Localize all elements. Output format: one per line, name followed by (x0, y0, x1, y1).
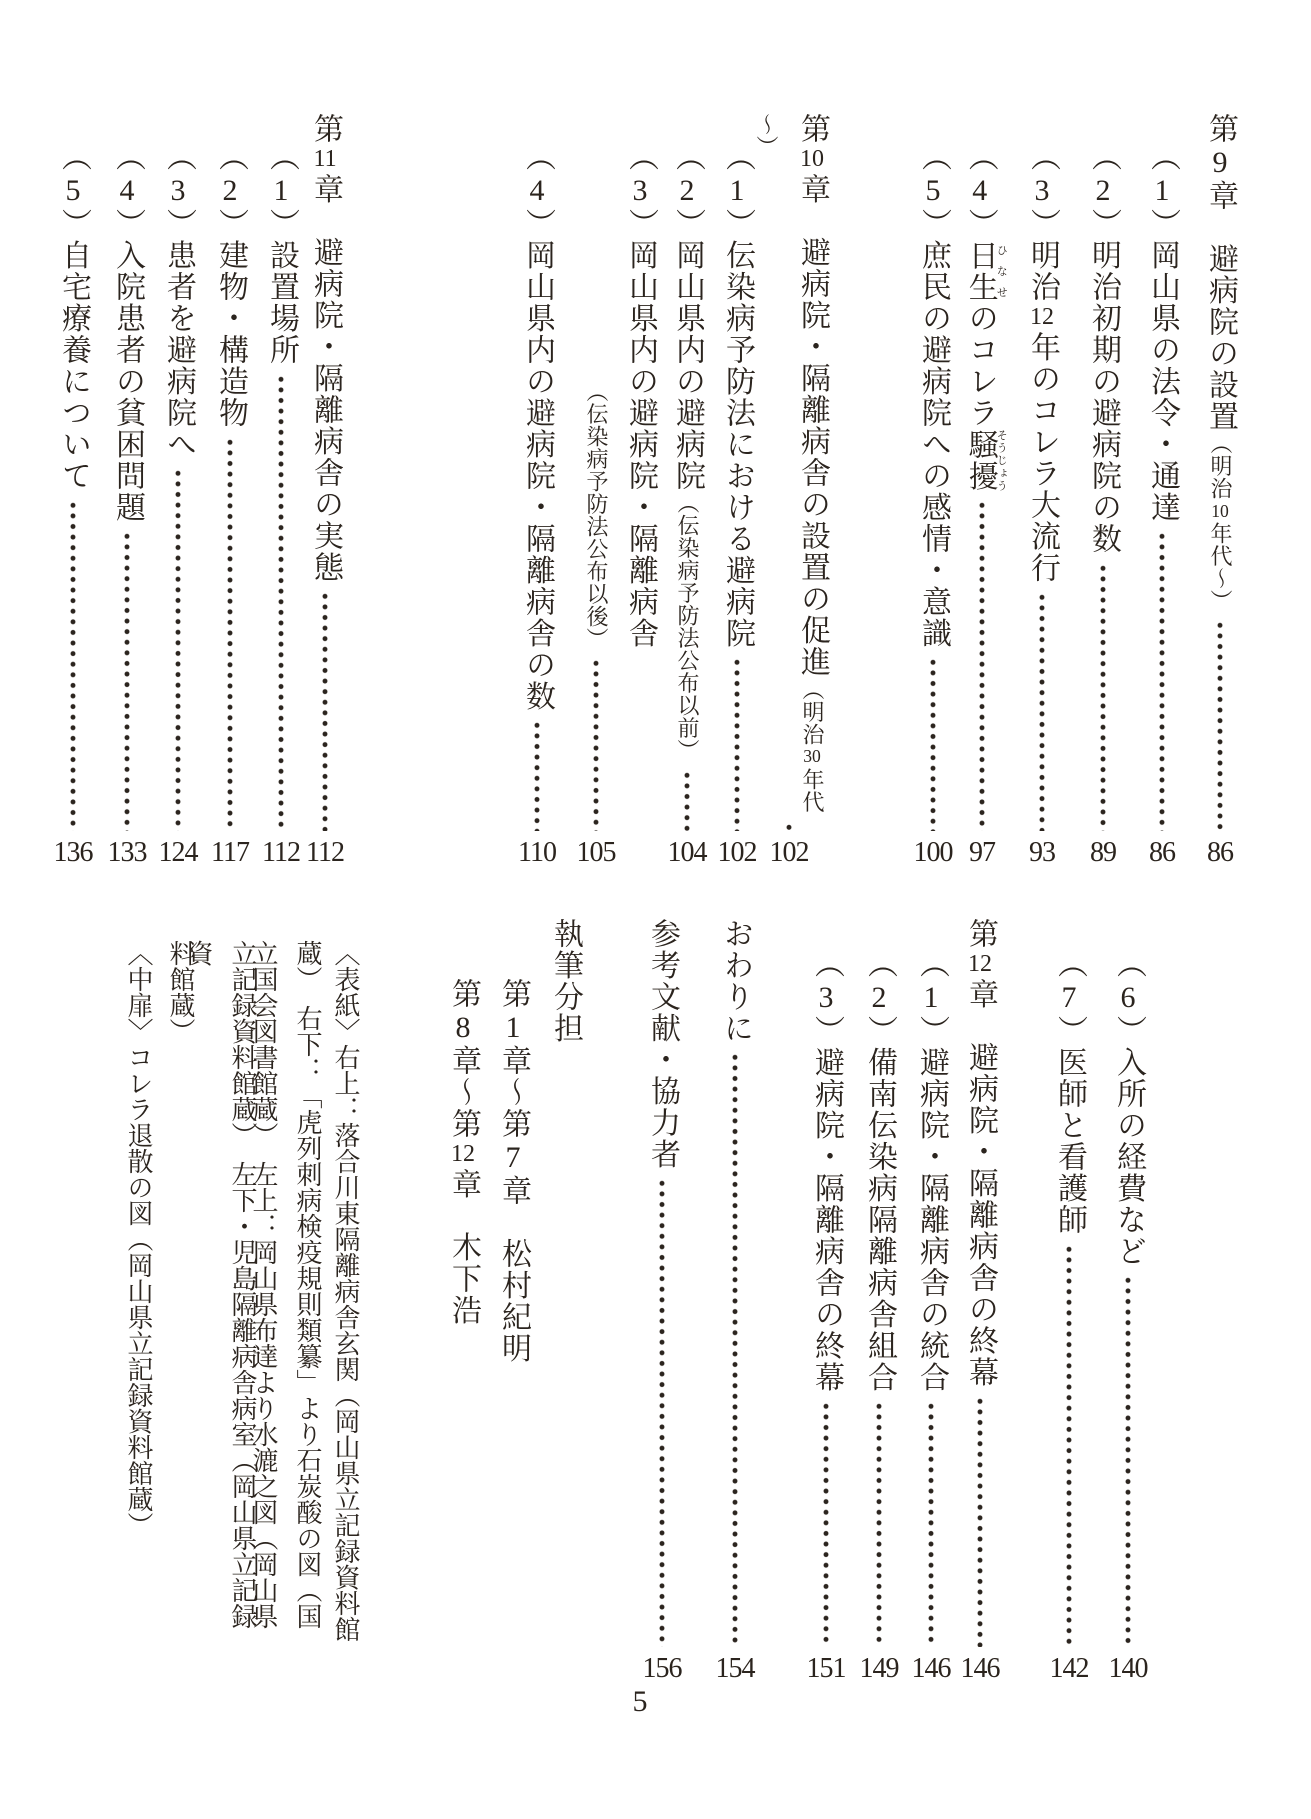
credits-cover-line-5-text: 料館蔵） (158, 940, 202, 1044)
toc-page-number: 146 (912, 1653, 951, 1683)
toc-owarini-text: おわりに (712, 918, 758, 1044)
upright-number: 11 (313, 145, 336, 174)
toc-page-number: 105 (577, 837, 616, 867)
toc-ch9-item-2: （2）明治初期の避病院の数89 (1080, 141, 1126, 867)
entry-text: （1）伝染病予防法における避病院 (721, 141, 754, 649)
entry-text: （3）避病院・隔離病舎の終幕 (810, 948, 843, 1393)
toc-ch11-heading: 第11章 避病院・隔離病舎の実態112 (302, 113, 348, 867)
toc-page-number: 124 (159, 837, 198, 867)
credits-cover-line-2: 蔵） 右下：「虎列刺病検疫規則類纂」より石炭酸の図（国 (285, 940, 329, 1654)
toc-ch11-item-5-text: （5）自宅療養について (50, 141, 96, 492)
entry-text: （3）岡山県内の避病院・隔離病舎 (624, 141, 657, 649)
entry-text: （3）患者を避病院へ (162, 141, 195, 460)
entry-text: 参考文献・協力者 (646, 918, 679, 1170)
upright-number: 3 (819, 980, 834, 1016)
dotted-leader (647, 1178, 677, 1647)
toc-ch12-item-1: （1）避病院・隔離病舎の統合146 (908, 948, 954, 1683)
toc-page-number: 112 (262, 837, 300, 867)
toc-ch10-item-3-annotation: （伝染病予防法公布以後）105 (573, 380, 619, 867)
entry-text: おわりに (719, 918, 752, 1044)
toc-ch11-item-7-text: （7）医師と看護師 (1046, 948, 1092, 1236)
entry-text: （4）岡山県内の避病院・隔離病舎の数 (521, 141, 554, 712)
dotted-leader (1147, 531, 1177, 831)
toc-page-number: 156 (643, 1653, 682, 1683)
toc-ch12-item-3: （3）避病院・隔離病舎の終幕151 (803, 948, 849, 1683)
toc-ch11-item-1: （1）設置場所112 (258, 141, 304, 867)
entry-text: 第1章～第7章 松村紀明 (497, 978, 530, 1364)
entry-text: 〈表紙〉右上：落合川東隔離病舎玄関（岡山県立記録資料館 (331, 940, 360, 1642)
toc-page-number: 102 (770, 837, 809, 867)
upright-number: 10 (800, 145, 824, 174)
toc-ch10-item-3-main-text: （3）岡山県内の避病院・隔離病舎 (617, 141, 663, 649)
toc-ch10-item-3-main: （3）岡山県内の避病院・隔離病舎 (617, 141, 663, 867)
dotted-leader (1113, 1275, 1143, 1647)
colophon-writers-heading: 執筆分担 (542, 918, 588, 1518)
entry-text: （6）入所の経費など (1112, 948, 1145, 1267)
colophon-writers-line-1: 第1章～第7章 松村紀明 (490, 978, 536, 1578)
entry-text: 〈中扉〉コレラ退散の図（岡山県立記録資料館蔵） (124, 940, 153, 1538)
entry-text: （2）備南伝染病隔離病舎組合 (863, 948, 896, 1393)
ruby-annotated-word: 騒擾そうじょう (964, 429, 997, 492)
toc-page-number: 100 (914, 837, 953, 867)
upright-number: 2 (1096, 173, 1111, 209)
book-toc-page: 5 第9章 避病院の設置（明治10年代～）86（1）岡山県の法令・通達86（2）… (0, 0, 1311, 1819)
entry-text: （3）明治12年のコレラ大流行 (1026, 141, 1059, 584)
dotted-leader (1027, 592, 1057, 831)
upright-number: 7 (1062, 980, 1077, 1016)
toc-ch11-item-3: （3）患者を避病院へ124 (155, 141, 201, 867)
colophon-writers-line-1-text: 第1章～第7章 松村紀明 (490, 978, 536, 1364)
dotted-leader (581, 658, 611, 831)
toc-ch12-item-1-text: （1）避病院・隔離病舎の統合 (908, 948, 954, 1393)
toc-page-number: 136 (54, 837, 93, 867)
entry-text: （2）明治初期の避病院の数 (1087, 141, 1120, 555)
toc-ch10-item-1-text: （1）伝染病予防法における避病院 (714, 141, 760, 649)
dotted-leader (720, 1052, 750, 1647)
toc-ch11-item-2-text: （2）建物・構造物 (207, 141, 253, 429)
dotted-leader (310, 591, 340, 831)
upright-number: 3 (171, 173, 186, 209)
toc-page-number: 93 (1029, 837, 1055, 867)
toc-ch10-item-2-text: （2）岡山県内の避病院（伝染病予防法公布以前） (664, 141, 710, 762)
upright-number: 12 (968, 950, 992, 979)
upright-number: 1 (730, 173, 745, 209)
dotted-leader (672, 770, 702, 832)
colophon-writers-heading-text: 執筆分担 (542, 918, 588, 1044)
upright-number: 5 (66, 173, 81, 209)
toc-page-number: 86 (1207, 837, 1233, 867)
toc-ch10-item-4-text: （4）岡山県内の避病院・隔離病舎の数 (514, 141, 560, 712)
entry-text: （5）自宅療養について (57, 141, 90, 492)
toc-ch9-item-4: （4）日生ひなせのコレラ騒擾そうじょう97 (959, 141, 1005, 867)
toc-page-number: 140 (1109, 1653, 1148, 1683)
toc-ch9-heading-text: 第9章 避病院の設置（明治10年代～） (1197, 113, 1243, 612)
toc-ch11-item-5: （5）自宅療養について136 (50, 141, 96, 867)
toc-ch9-item-1: （1）岡山県の法令・通達86 (1139, 141, 1185, 867)
entry-text: （1）避病院・隔離病舎の統合 (915, 948, 948, 1393)
toc-ch10-item-3-annotation-text: （伝染病予防法公布以後） (573, 380, 619, 650)
upright-number: 7 (506, 1140, 521, 1176)
toc-ch11-item-6: （6）入所の経費など140 (1105, 948, 1151, 1683)
ruby-annotated-word: 日生ひなせ (964, 240, 997, 303)
toc-ch9-item-3-text: （3）明治12年のコレラ大流行 (1019, 141, 1065, 584)
toc-ch10-heading: 第10章 避病院・隔離病舎の設置の促進（明治30年代～）102 (766, 113, 812, 867)
upright-number: 8 (456, 1010, 471, 1046)
upright-number: 4 (530, 173, 545, 209)
entry-text: （7）医師と看護師 (1053, 948, 1086, 1236)
dotted-leader (774, 822, 804, 831)
entry-text: （4） (964, 141, 997, 240)
colophon-writers-line-2: 第8章～第12章 木下浩 (440, 978, 486, 1578)
upright-number: 3 (633, 173, 648, 209)
credits-cover-line-1-text: 〈表紙〉右上：落合川東隔離病舎玄関（岡山県立記録資料館 (323, 940, 367, 1642)
dotted-leader (864, 1401, 894, 1647)
upright-number: 12 (451, 1140, 475, 1169)
toc-page-number: 151 (807, 1653, 846, 1683)
entry-text: 執筆分担 (549, 918, 582, 1044)
upright-number: 5 (926, 173, 941, 209)
dotted-leader (918, 657, 948, 831)
dotted-leader (1205, 620, 1235, 831)
entry-text: 料館蔵） (166, 940, 195, 1044)
toc-ch11-item-7: （7）医師と看護師142 (1046, 948, 1092, 1683)
toc-ch11-heading-text: 第11章 避病院・隔離病舎の実態 (302, 113, 348, 583)
toc-ch10-item-4: （4）岡山県内の避病院・隔離病舎の数110 (514, 141, 560, 867)
toc-page-number: 102 (718, 837, 757, 867)
dotted-leader (1054, 1244, 1084, 1648)
toc-ch9-item-1-text: （1）岡山県の法令・通達 (1139, 141, 1185, 523)
annotation-text: （伝染病予防法公布以前） (675, 492, 700, 762)
toc-ch9-item-4-text: （4）日生ひなせのコレラ騒擾そうじょう (957, 141, 1008, 492)
credits-cover-line-1: 〈表紙〉右上：落合川東隔離病舎玄関（岡山県立記録資料館 (323, 940, 367, 1654)
dotted-leader (112, 531, 142, 831)
toc-page-number: 149 (860, 1653, 899, 1683)
dotted-leader (722, 657, 752, 831)
credits-title-page-text: 〈中扉〉コレラ退散の図（岡山県立記録資料館蔵） (116, 940, 160, 1538)
toc-ch11-item-1-text: （1）設置場所 (258, 141, 304, 366)
toc-page-number: 117 (211, 837, 249, 867)
toc-ch12-heading-text: 第12章 避病院・隔離病舎の終幕 (957, 918, 1003, 1388)
entry-text: （4）入院患者の貧困問題 (111, 141, 144, 523)
folio-page-number: 5 (560, 1684, 720, 1720)
entry-text: 第11章 避病院・隔離病舎の実態 (309, 113, 342, 583)
entry-text: （5）庶民の避病院への感情・意識 (917, 141, 950, 649)
toc-page-number: 112 (306, 837, 344, 867)
toc-ch11-item-4: （4）入院患者の貧困問題133 (104, 141, 150, 867)
toc-page-number: 97 (969, 837, 995, 867)
toc-page-number: 86 (1149, 837, 1175, 867)
upright-number: 1 (924, 980, 939, 1016)
upright-number: 12 (1030, 303, 1054, 332)
upright-number: 1 (1155, 173, 1170, 209)
upright-number: 4 (120, 173, 135, 209)
dotted-leader (811, 1401, 841, 1647)
entry-text: 第9章 避病院の設置 (1204, 113, 1237, 432)
toc-page-number: 133 (108, 837, 147, 867)
upright-number: 2 (223, 173, 238, 209)
annotation-text: （明治10年代～） (1208, 432, 1233, 612)
entry-text: 蔵） 右下：「虎列刺病検疫規則類纂」より石炭酸の図（国 (293, 940, 322, 1629)
toc-ch10-item-1: （1）伝染病予防法における避病院102 (714, 141, 760, 867)
dotted-leader (215, 437, 245, 832)
upright-number: 1 (274, 173, 289, 209)
toc-ch9-item-5-text: （5）庶民の避病院への感情・意識 (910, 141, 956, 649)
credits-cover-line-5: 料館蔵） (158, 940, 202, 1654)
upright-number: 3 (1035, 173, 1050, 209)
upright-number: 2 (872, 980, 887, 1016)
entry-text: （2）岡山県内の避病院 (671, 141, 704, 492)
dotted-leader (522, 720, 552, 831)
toc-ch9-item-3: （3）明治12年のコレラ大流行93 (1019, 141, 1065, 867)
toc-ch12-item-2: （2）備南伝染病隔離病舎組合149 (856, 948, 902, 1683)
toc-ch12-item-3-text: （3）避病院・隔離病舎の終幕 (803, 948, 849, 1393)
upright-number: 1 (506, 1010, 521, 1046)
toc-ch9-item-2-text: （2）明治初期の避病院の数 (1080, 141, 1126, 555)
toc-ch12-heading: 第12章 避病院・隔離病舎の終幕146 (957, 918, 1003, 1683)
upright-number: 2 (680, 173, 695, 209)
toc-page-number: 146 (961, 1653, 1000, 1683)
annotation-text: （伝染病予防法公布以後） (584, 380, 609, 650)
upright-number: 6 (1121, 980, 1136, 1016)
toc-references-text: 参考文献・協力者 (639, 918, 685, 1170)
credits-cover-line-4: 立記録資料館蔵） 左下・児島隔離病舎病室（岡山県立記録資 (198, 940, 242, 1654)
dotted-leader (916, 1401, 946, 1647)
upright-number: 4 (972, 173, 987, 209)
toc-ch11-item-4-text: （4）入院患者の貧困問題 (104, 141, 150, 523)
dotted-leader (163, 468, 193, 831)
toc-ch10-item-2: （2）岡山県内の避病院（伝染病予防法公布以前）104 (664, 141, 710, 867)
dotted-leader (266, 374, 296, 832)
toc-page-number: 110 (518, 837, 556, 867)
entry-text: （1）設置場所 (265, 141, 298, 366)
toc-ch11-item-6-text: （6）入所の経費など (1105, 948, 1151, 1267)
credits-cover-line-2-text: 蔵） 右下：「虎列刺病検疫規則類纂」より石炭酸の図（国 (285, 940, 329, 1629)
colophon-writers-line-2-text: 第8章～第12章 木下浩 (440, 978, 486, 1326)
entry-text: 第8章～第12章 木下浩 (447, 978, 480, 1326)
toc-references: 参考文献・協力者156 (639, 918, 685, 1683)
toc-page-number: 142 (1050, 1653, 1089, 1683)
entry-text: （2）建物・構造物 (214, 141, 247, 429)
entry-text: 第12章 避病院・隔離病舎の終幕 (964, 918, 997, 1388)
dotted-leader (1088, 563, 1118, 832)
dotted-leader (965, 1396, 995, 1647)
entry-text: 第10章 避病院・隔離病舎の設置の促進 (796, 113, 829, 678)
toc-ch11-item-2: （2）建物・構造物117 (207, 141, 253, 867)
credits-title-page: 〈中扉〉コレラ退散の図（岡山県立記録資料館蔵） (116, 940, 160, 1654)
entry-text: （1）岡山県の法令・通達 (1146, 141, 1179, 523)
upright-number: 30 (803, 745, 821, 767)
toc-ch11-item-3-text: （3）患者を避病院へ (155, 141, 201, 460)
upright-number: 10 (1211, 500, 1229, 522)
dotted-leader (967, 500, 997, 832)
toc-page-number: 89 (1090, 837, 1116, 867)
upright-number: 9 (1213, 145, 1228, 181)
toc-page-number: 104 (668, 837, 707, 867)
toc-ch12-item-2-text: （2）備南伝染病隔離病舎組合 (856, 948, 902, 1393)
dotted-leader (58, 500, 88, 832)
toc-ch9-heading: 第9章 避病院の設置（明治10年代～）86 (1197, 113, 1243, 867)
toc-page-number: 154 (716, 1653, 755, 1683)
toc-owarini: おわりに154 (712, 918, 758, 1683)
entry-text: のコレラ (964, 303, 997, 429)
toc-ch9-item-5: （5）庶民の避病院への感情・意識100 (910, 141, 956, 867)
